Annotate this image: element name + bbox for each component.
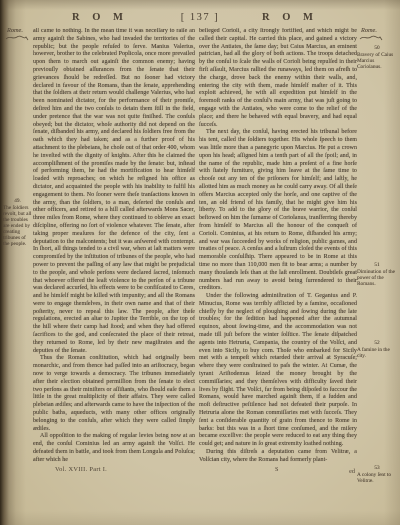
paragraph: All oppoſition to the making of regular … <box>33 433 195 464</box>
book-page: R O M [ 137 ] R O M Rome. 49. The ſoldie… <box>0 0 400 525</box>
right-margin: Rome. 50 Bravery of Caius Marcius Coriol… <box>357 28 397 42</box>
left-margin: Rome. 49. The ſoldiers revolt, but all t… <box>3 28 32 42</box>
paragraph: beſieged Corioli, a city ſtrongly fortif… <box>199 28 357 129</box>
margin-note: 49. The ſoldiers revolt, but all the tro… <box>3 198 32 247</box>
flourish-ornament <box>5 34 29 41</box>
margin-note-number: 50 <box>357 45 397 51</box>
volume-footer: Vol. XVIII. Part I. <box>55 466 195 473</box>
margin-note-number: 52 <box>357 340 397 346</box>
margin-note-text: The ſoldiers revolt, but all the trouble… <box>3 205 32 248</box>
signature-mark: S <box>275 466 278 473</box>
flourish-ornament <box>359 34 383 41</box>
catchword: ed <box>349 468 355 475</box>
margin-note-text: Diminution of the power of the Romans. <box>357 269 397 287</box>
margin-note-text: A colony ſent to Velitræ. <box>357 472 397 484</box>
margin-note-number: 53 <box>357 465 397 471</box>
margin-note: 50 Bravery of Caius Marcius Coriolanus. <box>357 45 397 70</box>
paragraph: Under the following adminiſtration of T.… <box>199 293 357 449</box>
margin-note: 53 A colony ſent to Velitræ. <box>357 465 397 484</box>
running-head-right: R O M <box>230 12 350 23</box>
margin-note: 52 A famine in the city. <box>357 340 397 359</box>
paragraph: all came to nothing. In the mean time it… <box>33 28 195 355</box>
margin-note-number: 51 <box>357 262 397 268</box>
text-column-right: beſieged Corioli, a city ſtrongly fortif… <box>199 28 357 506</box>
margin-note-text: A famine in the city. <box>357 347 397 359</box>
margin-note-text: Bravery of Caius Marcius Coriolanus. <box>357 52 397 70</box>
paragraph: Thus the Roman conſtitution, which had o… <box>33 355 195 433</box>
paragraph: During this diſtreſs a deputation came f… <box>199 449 357 465</box>
text-column-left: all came to nothing. In the mean time it… <box>33 28 195 498</box>
margin-note: 51 Diminution of the power of the Romans… <box>357 262 397 287</box>
margin-note-number: 49. <box>3 198 32 204</box>
signature-row: S ed <box>199 466 357 476</box>
page-header: R O M [ 137 ] R O M <box>0 12 400 26</box>
paragraph: The next day, the conſul, having erected… <box>199 129 357 293</box>
